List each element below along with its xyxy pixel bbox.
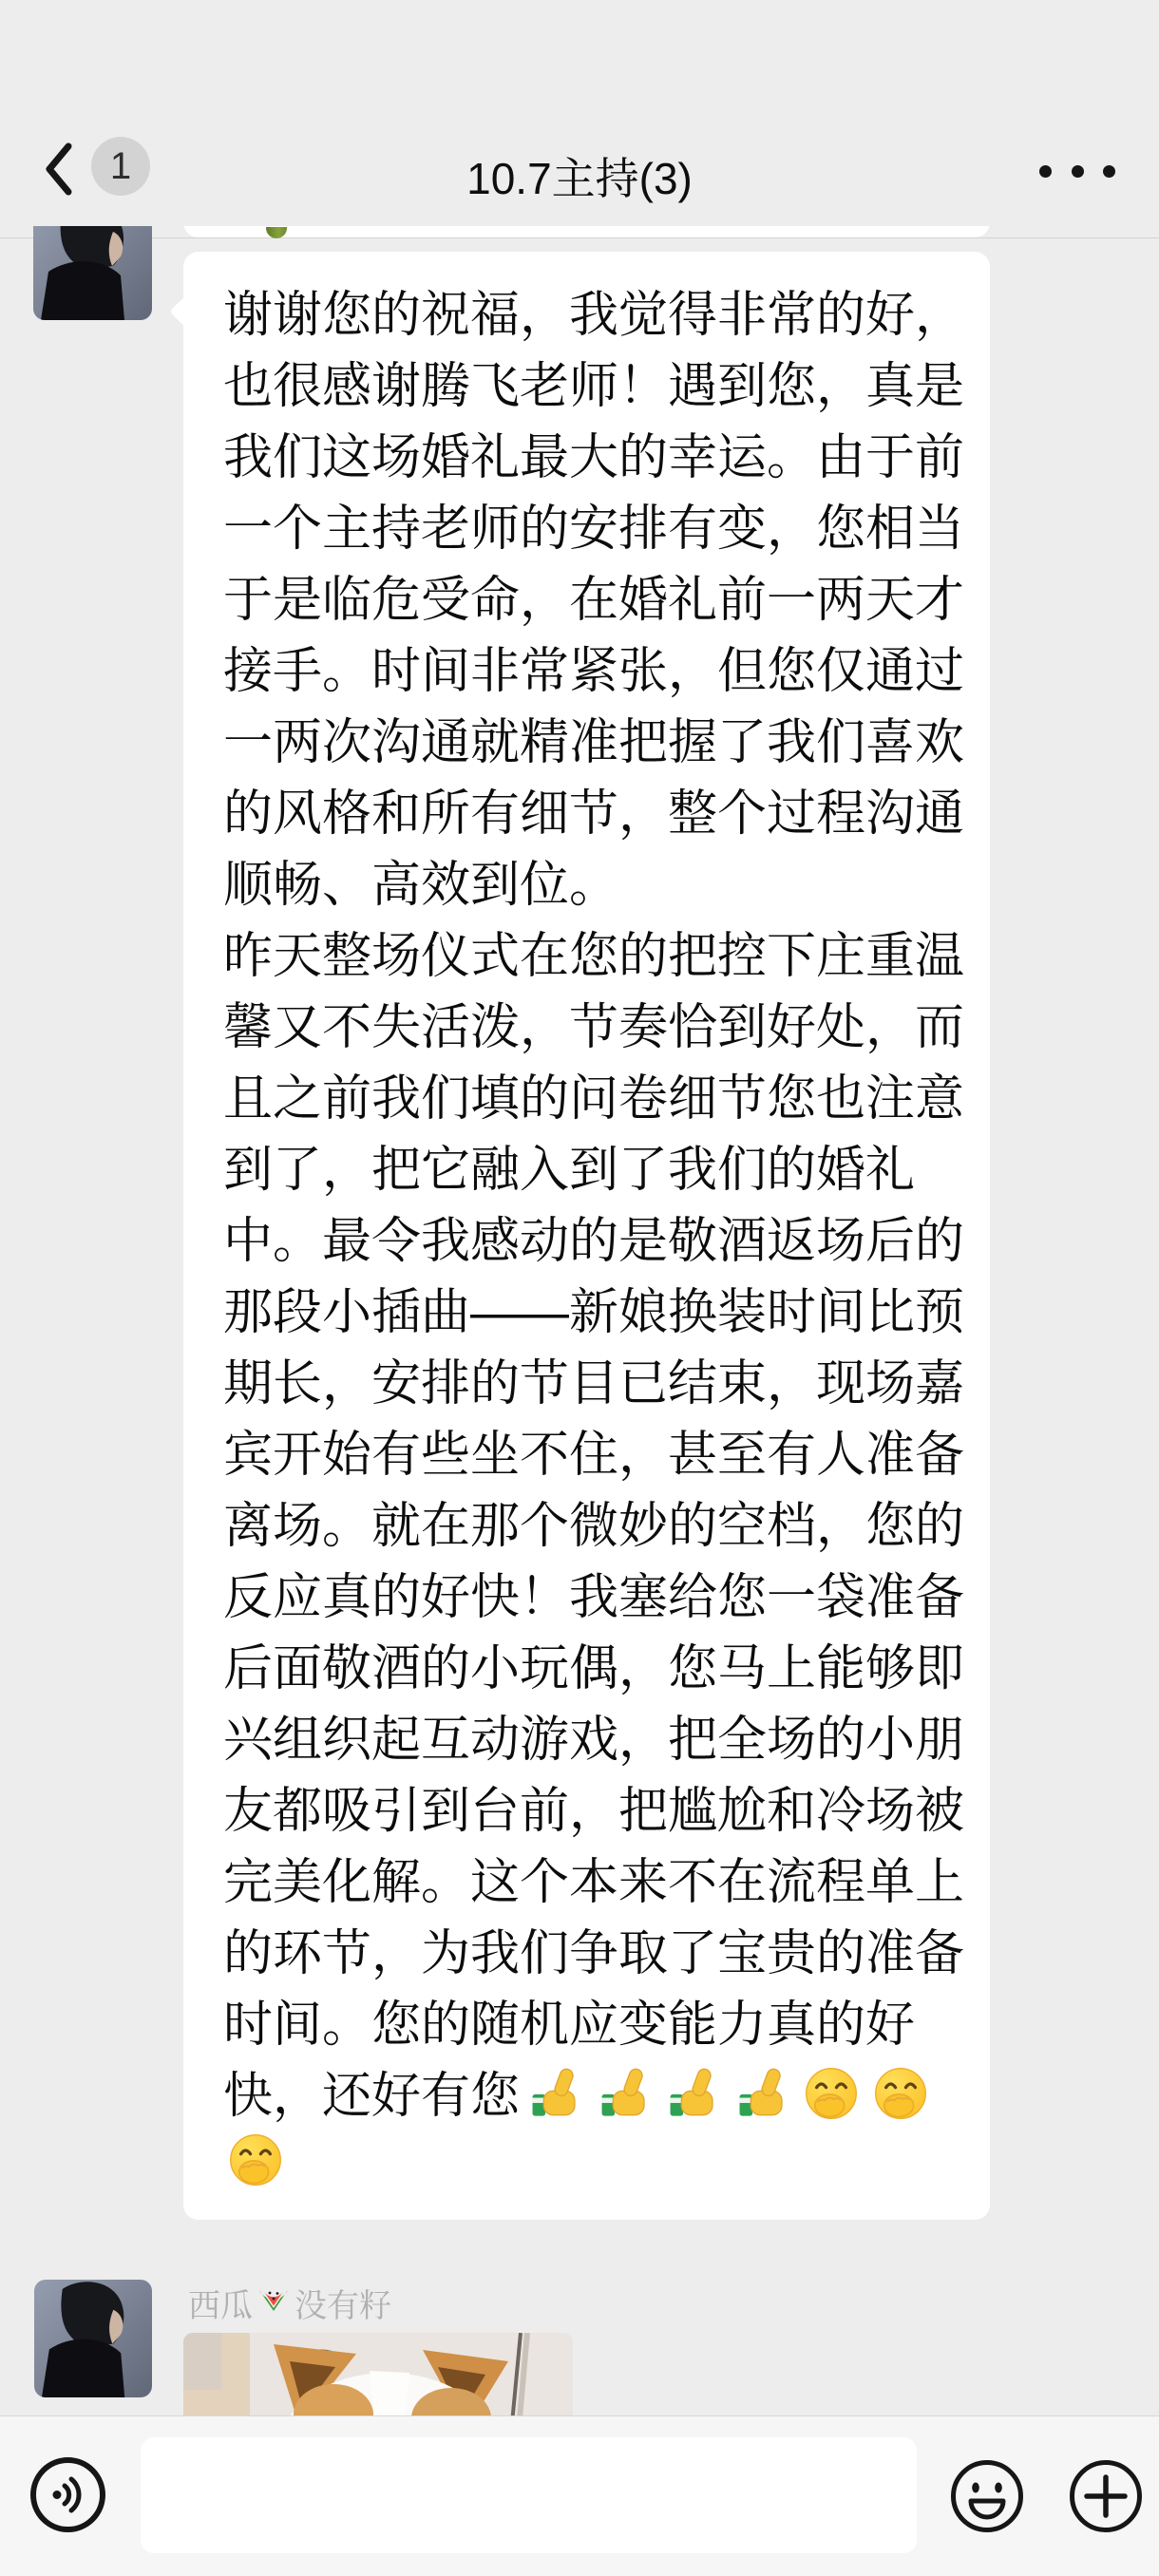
more-button[interactable] — [1039, 142, 1115, 199]
watermelon-icon — [256, 2282, 291, 2316]
sender-name: 西瓜 没有籽 — [188, 2282, 391, 2323]
more-dot — [1072, 165, 1084, 178]
photo-message-corgi[interactable] — [183, 2333, 573, 2415]
wechat-thumbs-up-emoji — [598, 2066, 653, 2121]
face-hand-over-mouth-emoji — [804, 2066, 859, 2121]
avatar-message-sender[interactable] — [34, 2280, 152, 2397]
smiley-icon — [956, 2465, 1018, 2528]
emoji-button[interactable] — [951, 2460, 1023, 2532]
face-hand-over-mouth-emoji — [228, 2132, 283, 2188]
message-text: 谢谢您的祝福，我觉得非常的好，也很感谢腾飞老师！遇到您，真是我们这场婚礼最大的幸… — [223, 288, 964, 2124]
more-dot — [1103, 165, 1115, 178]
wechat-thumbs-up-emoji — [735, 2066, 790, 2121]
sender-name-emoji-slot — [256, 2282, 291, 2324]
plus-button[interactable] — [1070, 2460, 1142, 2532]
wechat-thumbs-up-emoji — [528, 2066, 583, 2121]
wechat-thumbs-up-emoji — [666, 2066, 721, 2121]
more-dot — [1039, 165, 1052, 178]
bubble-tail — [169, 296, 199, 326]
sender-name-prefix: 西瓜 — [188, 2280, 253, 2326]
portrait-photo — [34, 2280, 152, 2397]
corgi-photo — [183, 2333, 573, 2415]
face-hand-over-mouth-emoji — [873, 2066, 928, 2121]
message-bubble[interactable]: 谢谢您的祝福，我觉得非常的好，也很感谢腾飞老师！遇到您，真是我们这场婚礼最大的幸… — [183, 252, 990, 2220]
chat-title: 10.7主持(3) — [0, 144, 1159, 207]
sender-name-suffix: 没有籽 — [294, 2280, 391, 2326]
navbar-divider — [0, 237, 1159, 238]
plus-icon — [1074, 2465, 1137, 2528]
voice-wave-icon — [36, 2463, 100, 2527]
message-input[interactable] — [141, 2437, 917, 2553]
voice-input-button[interactable] — [30, 2457, 105, 2532]
